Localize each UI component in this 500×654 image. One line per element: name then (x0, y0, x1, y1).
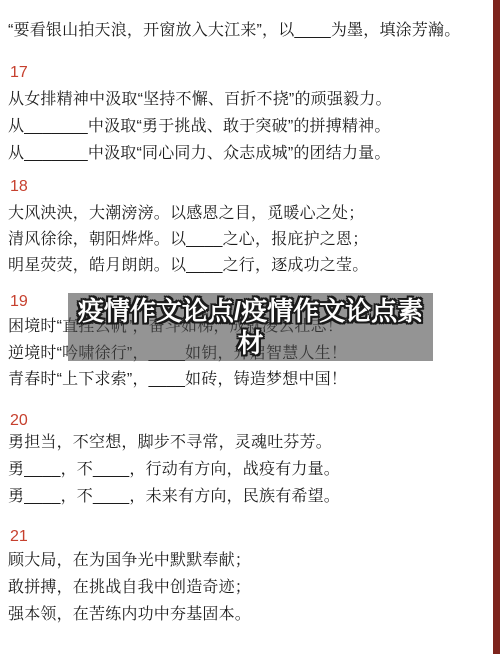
section-20-line-3: 勇____，不____，未来有方向，民族有希望。 (8, 487, 340, 507)
section-21-line-3: 强本领，在苦练内功中夯基固本。 (8, 605, 251, 625)
section-17-line-2: 从_______中汲取“勇于挑战、敢于突破”的拼搏精神。 (8, 117, 391, 137)
section-number-19: 19 (10, 292, 28, 311)
section-17-line-3: 从_______中汲取“同心同力、众志成城”的团结力量。 (8, 144, 391, 164)
section-20-line-2: 勇____，不____，行动有方向，战疫有力量。 (8, 460, 340, 480)
scrollbar[interactable] (493, 0, 500, 654)
section-18-line-1: 大风泱泱，大潮滂滂。以感恩之目，觅暖心之处； (8, 204, 364, 224)
section-18-line-2: 清风徐徐，朝阳烨烨。以____之心，报庇护之恩； (8, 230, 368, 250)
watermark-title-line2: 材 (237, 327, 263, 359)
section-20-line-1: 勇担当，不空想，脚步不寻常，灵魂吐芬芳。 (8, 433, 332, 453)
watermark-overlay: 疫情作文论点/疫情作文论点素 材 (68, 293, 433, 361)
section-18-line-3: 明星荧荧，皓月朗朗。以____之行，逐成功之莹。 (8, 256, 368, 276)
intro-line: “要看银山拍天浪，开窗放入大江来”，以____为墨，填涂芳瀚。 (8, 21, 460, 41)
section-21-line-2: 敢拼搏，在挑战自我中创造奇迹； (8, 578, 251, 598)
section-number-18: 18 (10, 177, 28, 196)
section-number-21: 21 (10, 527, 28, 546)
section-19-line-3: 青春时“上下求索”，____如砖，铸造梦想中国！ (8, 370, 347, 390)
document-page: “要看银山拍天浪，开窗放入大江来”，以____为墨，填涂芳瀚。 17 从女排精神… (0, 0, 500, 654)
section-17-line-1: 从女排精神中汲取“坚持不懈、百折不挠”的顽强毅力。 (8, 90, 392, 110)
section-number-17: 17 (10, 63, 28, 82)
section-number-20: 20 (10, 411, 28, 430)
section-21-line-1: 顾大局，在为国争光中默默奉献； (8, 551, 251, 571)
watermark-title-line1: 疫情作文论点/疫情作文论点素 (78, 295, 423, 327)
